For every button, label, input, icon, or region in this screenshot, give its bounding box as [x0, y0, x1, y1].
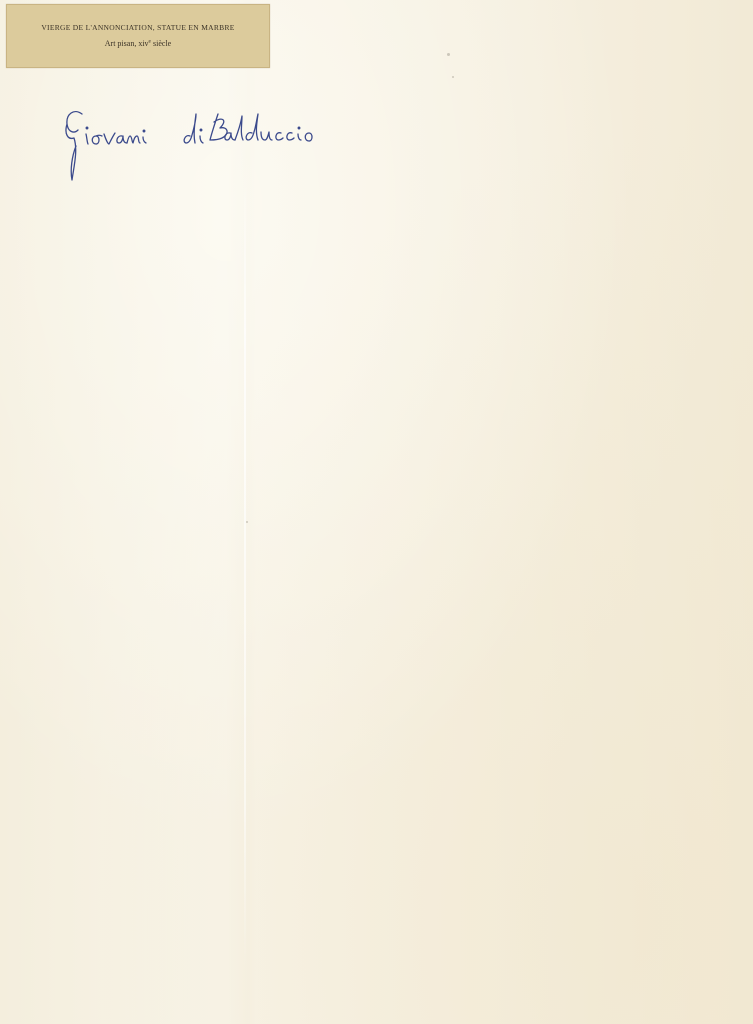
caption-label: VIERGE DE L'ANNONCIATION, STATUE EN MARB… [6, 4, 270, 68]
paper-speck [246, 521, 248, 523]
fold-line [244, 170, 246, 970]
caption-subtitle: Art pisan, xive siècle [7, 38, 269, 48]
caption-title: VIERGE DE L'ANNONCIATION, STATUE EN MARB… [7, 23, 269, 32]
paper-speck [447, 53, 450, 56]
paper-speck [452, 76, 454, 78]
caption-subtitle-text: Art pisan, xive siècle [105, 39, 171, 48]
handwriting-strokes [60, 100, 340, 185]
handwritten-attribution: Giovanni di Balduccio [60, 100, 340, 185]
